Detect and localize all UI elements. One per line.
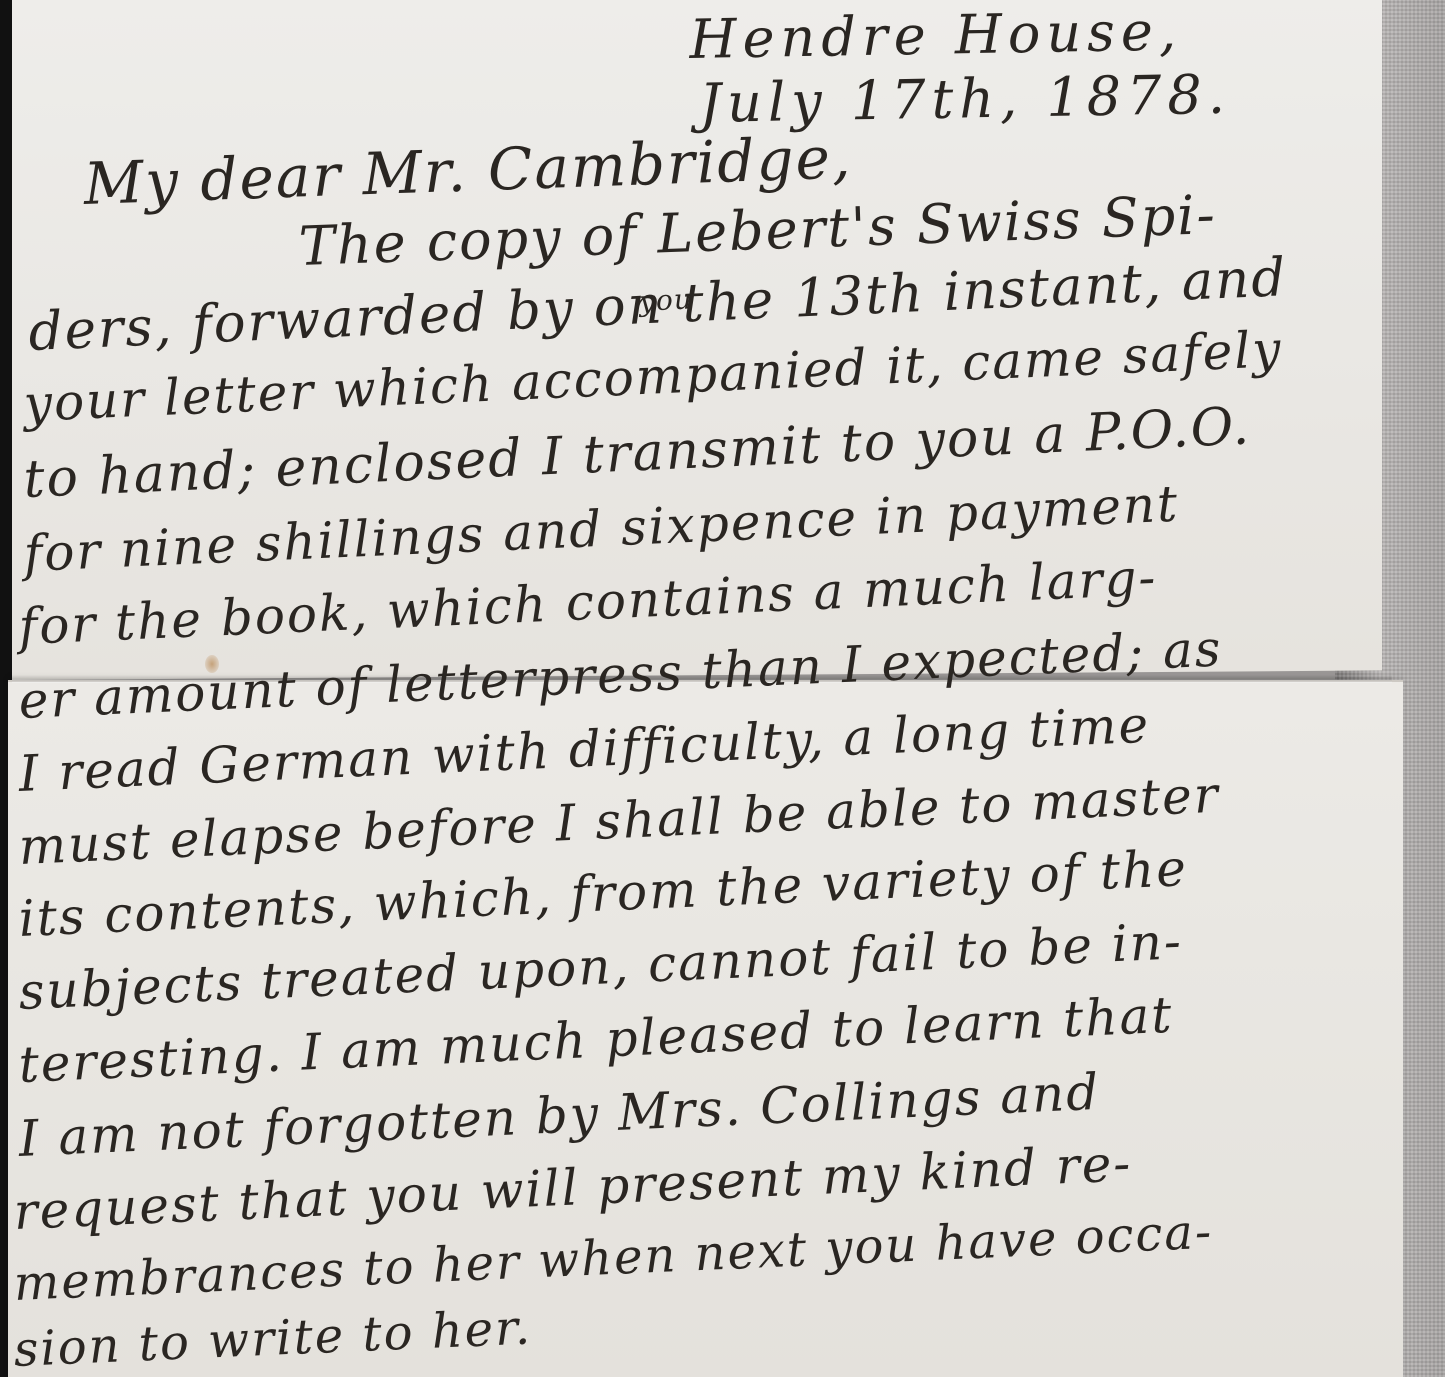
letter-address: Hendre House, bbox=[689, 0, 1183, 71]
letter-date: July 17th, 1878. bbox=[699, 63, 1232, 135]
